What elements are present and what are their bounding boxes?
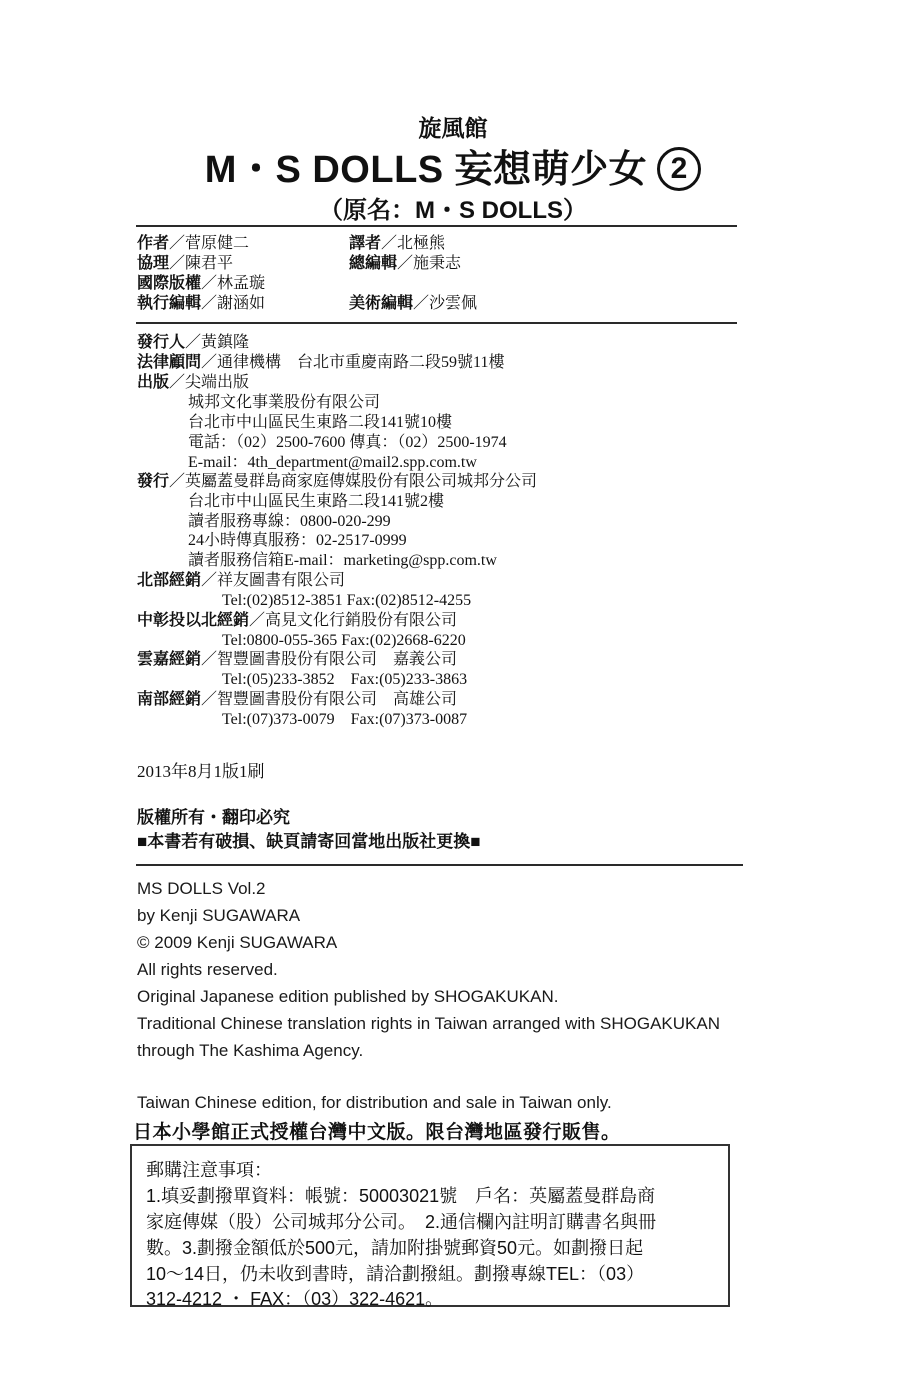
order-notice-line: 1.填妥劃撥單資料：帳號：50003021號 戶名：英屬蓋曼群島商 bbox=[146, 1182, 655, 1208]
distributor-line: 發行／英屬蓋曼群島商家庭傳媒股份有限公司城邦分公司 bbox=[137, 472, 537, 492]
regional-north: 北部經銷／祥友圖書有限公司 bbox=[137, 571, 345, 591]
english-line-distribution: Taiwan Chinese edition, for distribution… bbox=[137, 1093, 612, 1113]
regional-north-contact: Tel:(02)8512-3851 Fax:(02)8512-4255 bbox=[222, 591, 471, 611]
publisher-company: 城邦文化事業股份有限公司 bbox=[188, 393, 380, 413]
divider-rights bbox=[136, 864, 743, 866]
credit-translator: 譯者／北極熊 bbox=[349, 235, 445, 253]
english-line-rights: All rights reserved. bbox=[137, 960, 278, 980]
publisher-line: 出版／尖端出版 bbox=[137, 373, 249, 393]
regional-south-contact: Tel:(07)373-0079 Fax:(07)373-0087 bbox=[222, 710, 467, 730]
legal-line: 法律顧問／通律機構 台北市重慶南路二段59號11樓 bbox=[137, 353, 504, 373]
copyright-notice: 版權所有・翻印必究 bbox=[137, 803, 290, 828]
order-notice-line: 數。3.劃撥金額低於500元，請加附掛號郵資50元。如劃撥日起 bbox=[146, 1234, 643, 1260]
publisher-email: E-mail：4th_department@mail2.spp.com.tw bbox=[188, 453, 477, 473]
english-line-agency: through The Kashima Agency. bbox=[137, 1041, 363, 1061]
credit-exec-editor: 執行編輯／謝涵如 bbox=[137, 295, 265, 313]
distributor-hotline: 讀者服務專線：0800-020-299 bbox=[188, 512, 391, 532]
book-title-text: M・S DOLLS 妄想萌少女 bbox=[205, 149, 647, 191]
regional-central: 中彰投以北經銷／高見文化行銷股份有限公司 bbox=[137, 611, 457, 631]
authorization-notice: 日本小學館正式授權台灣中文版。限台灣地區發行販售。 bbox=[133, 1117, 621, 1144]
divider-credits bbox=[136, 322, 737, 324]
distributor-fax: 24小時傳真服務：02-2517-0999 bbox=[188, 531, 407, 551]
english-line-author: by Kenji SUGAWARA bbox=[137, 906, 300, 926]
order-notice-line: 312-4212 ・ FAX：（03）322-4621。 bbox=[146, 1285, 443, 1311]
publisher-address: 台北市中山區民生東路二段141號10樓 bbox=[188, 413, 452, 433]
credit-chief-editor: 總編輯／施秉志 bbox=[349, 255, 461, 273]
english-line-original: Original Japanese edition published by S… bbox=[137, 987, 558, 1007]
credit-manager: 協理／陳君平 bbox=[137, 255, 233, 273]
damage-return-notice: ■本書若有破損、缺頁請寄回當地出版社更換■ bbox=[137, 827, 481, 852]
volume-number-badge: 2 bbox=[657, 147, 701, 191]
divider-top bbox=[136, 225, 737, 227]
mail-order-notice-box: 郵購注意事項： 1.填妥劃撥單資料：帳號：50003021號 戶名：英屬蓋曼群島… bbox=[130, 1144, 730, 1307]
regional-yunjia: 雲嘉經銷／智豐圖書股份有限公司 嘉義公司 bbox=[137, 650, 457, 670]
credit-author: 作者／菅原健二 bbox=[137, 235, 249, 253]
order-notice-line: 家庭傳媒（股）公司城邦分公司。 2.通信欄內註明訂購書名與冊 bbox=[146, 1208, 656, 1234]
english-line-title: MS DOLLS Vol.2 bbox=[137, 879, 266, 899]
regional-yunjia-contact: Tel:(05)233-3852 Fax:(05)233-3863 bbox=[222, 670, 467, 690]
order-notice-title: 郵購注意事項： bbox=[146, 1156, 272, 1182]
original-title: （原名：M・S DOLLS） bbox=[0, 190, 906, 225]
publisher-phone: 電話：（02）2500-7600 傳真：（02）2500-1974 bbox=[188, 433, 507, 453]
distributor-email: 讀者服務信箱E-mail：marketing@spp.com.tw bbox=[188, 551, 497, 571]
edition-date: 2013年8月1版1刷 bbox=[137, 757, 265, 782]
english-line-copyright: © 2009 Kenji SUGAWARA bbox=[137, 933, 337, 953]
issuer-line: 發行人／黃鎮隆 bbox=[137, 333, 249, 353]
regional-south: 南部經銷／智豐圖書股份有限公司 高雄公司 bbox=[137, 690, 457, 710]
distributor-address: 台北市中山區民生東路二段141號2樓 bbox=[188, 492, 444, 512]
order-notice-line: 10～14日，仍未收到書時，請洽劃撥組。劃撥專線TEL：（03） bbox=[146, 1260, 644, 1286]
credit-art-editor: 美術編輯／沙雲佩 bbox=[349, 295, 477, 313]
regional-central-contact: Tel:0800-055-365 Fax:(02)2668-6220 bbox=[222, 631, 466, 651]
english-line-translation: Traditional Chinese translation rights i… bbox=[137, 1014, 720, 1034]
book-title: M・S DOLLS 妄想萌少女2 bbox=[0, 138, 906, 193]
credit-intl-rights: 國際版權／林孟璇 bbox=[137, 275, 265, 293]
